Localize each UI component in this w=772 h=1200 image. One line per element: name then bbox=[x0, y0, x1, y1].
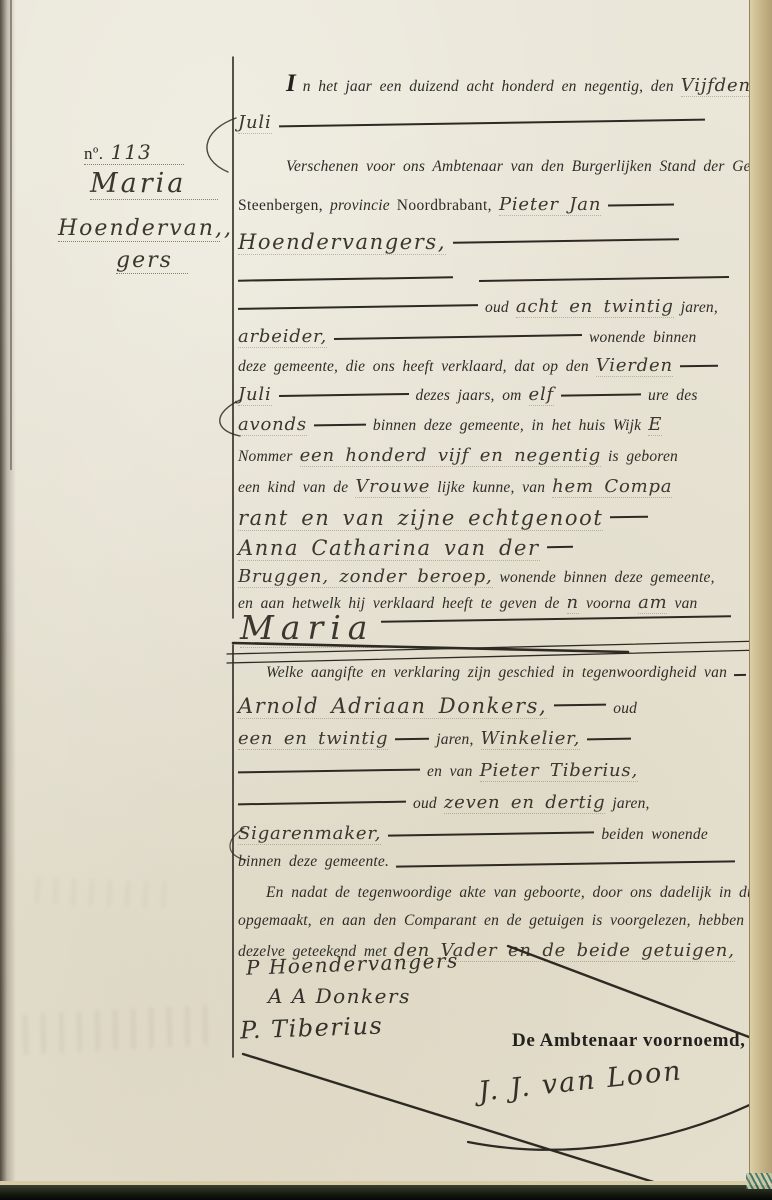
handwritten-text: zeven en dertig bbox=[444, 792, 606, 814]
printed-text: Nommer bbox=[238, 448, 293, 466]
blank-filler-stroke bbox=[314, 423, 366, 426]
handwritten-text: Bruggen, zonder beroep, bbox=[238, 566, 493, 588]
document-line: een kind van deVrouwelijke kunne, vanhem… bbox=[238, 476, 746, 500]
printed-text: jaren, bbox=[612, 795, 649, 813]
document-line: een en twintigjaren,Winkelier, bbox=[238, 728, 746, 752]
blank-filler-stroke bbox=[610, 515, 648, 518]
handwritten-text: E bbox=[648, 414, 662, 436]
blank-filler-stroke bbox=[554, 703, 606, 706]
avonds-letter-flourish bbox=[220, 400, 240, 436]
handwritten-text: Vrouwe bbox=[355, 476, 430, 498]
handwritten-text: arbeider, bbox=[238, 326, 327, 348]
margin-name-line: Hoendervan,, bbox=[58, 216, 233, 241]
margin-child-name: Maria bbox=[90, 168, 218, 200]
book-cover-edge bbox=[0, 1181, 772, 1200]
page-crease bbox=[10, 0, 12, 470]
registrar-signature: J. J. van Loon bbox=[477, 1055, 684, 1107]
blank-filler-stroke bbox=[388, 831, 594, 836]
document-line: In het jaar een duizend acht honderd en … bbox=[286, 70, 746, 94]
margin-name-line: Maria bbox=[90, 168, 186, 199]
handwritten-text: een en twintig bbox=[238, 728, 388, 750]
witness2-signature: P. Tiberius bbox=[240, 1012, 384, 1045]
printed-text: is geboren bbox=[608, 448, 678, 466]
handwritten-text: Vierden bbox=[596, 355, 673, 377]
margin-child-surname-cont: gers bbox=[116, 248, 188, 274]
printed-text: Verschenen voor ons Ambtenaar van den Bu… bbox=[286, 158, 772, 176]
margin-child-surname: Hoendervan,, bbox=[58, 216, 220, 242]
blank-filler-stroke bbox=[608, 203, 674, 206]
blank-filler-stroke bbox=[734, 673, 746, 675]
printed-text: En nadat de tegenwoordige akte van geboo… bbox=[266, 884, 772, 902]
printed-text: binnen deze gemeente, in het huis Wijk bbox=[373, 417, 641, 435]
registrar-label: De Ambtenaar voornoemd, bbox=[512, 1030, 746, 1052]
printed-text: deze gemeente, die ons heeft verklaard, … bbox=[238, 358, 589, 376]
printed-text: wonende binnen bbox=[589, 329, 696, 347]
marbled-cover-corner bbox=[746, 1173, 772, 1189]
document-line: Nommereen honderd vijf en negentigis geb… bbox=[238, 445, 746, 469]
printed-text: lijke kunne, van bbox=[437, 479, 545, 497]
printed-text: Welke aangifte en verklaring zijn geschi… bbox=[266, 664, 727, 682]
page-stack-edge bbox=[749, 0, 772, 1200]
handwritten-text: Pieter Jan bbox=[499, 194, 601, 216]
ink-bleed-through bbox=[17, 1005, 209, 1055]
blank-filler-stroke bbox=[547, 545, 573, 547]
printed-text: wonende binnen deze gemeente, bbox=[500, 569, 715, 587]
document-line: avondsbinnen deze gemeente, in het huis … bbox=[238, 414, 746, 438]
blank-filler-stroke bbox=[395, 737, 429, 740]
document-line: Anna Catharina van der bbox=[238, 536, 746, 560]
document-line: En nadat de tegenwoordige akte van geboo… bbox=[266, 884, 746, 908]
document-line: Sigarenmaker,beiden wonende bbox=[238, 823, 746, 847]
margin-name-line: gers bbox=[116, 248, 173, 273]
document-line: rant en van zijne echtgenoot bbox=[238, 506, 746, 530]
blank-filler-stroke bbox=[279, 392, 409, 396]
document-line: Welke aangifte en verklaring zijn geschi… bbox=[266, 664, 746, 688]
printed-initial: I bbox=[286, 70, 296, 98]
document-line: arbeider,wonende binnen bbox=[238, 326, 746, 350]
document-line: binnen deze gemeente. bbox=[238, 853, 746, 877]
document-line: deze gemeente, die ons heeft verklaard, … bbox=[238, 355, 746, 379]
printed-text: Noordbrabant, bbox=[397, 197, 492, 215]
handwritten-text: Vijfden bbox=[681, 75, 751, 97]
handwritten-text: rant en van zijne echtgenoot bbox=[238, 506, 603, 531]
document-line: Julidezes jaars, omelfure des bbox=[238, 384, 746, 408]
printed-text: jaren, bbox=[681, 299, 718, 317]
document-line: opgemaakt, en aan den Comparant en de ge… bbox=[238, 912, 746, 936]
act-number-value: 113 bbox=[111, 140, 152, 164]
printed-text: oud bbox=[613, 700, 637, 718]
document-line: Juli bbox=[238, 112, 746, 136]
handwritten-text: Juli bbox=[238, 112, 272, 134]
handwritten-text: Pieter Tiberius, bbox=[480, 760, 638, 782]
blank-filler-stroke bbox=[238, 800, 406, 805]
document-line bbox=[238, 268, 746, 292]
document-line: Arnold Adriaan Donkers,oud bbox=[238, 694, 746, 718]
printed-text: dezes jaars, om bbox=[416, 387, 522, 405]
blank-filler-stroke bbox=[680, 364, 718, 367]
printed-text: jaren, bbox=[436, 731, 473, 749]
printed-text: en van bbox=[427, 763, 473, 781]
printed-text: oud bbox=[485, 299, 509, 317]
document-line: Hoendervangers, bbox=[238, 230, 746, 254]
document-line: Maria bbox=[240, 608, 746, 632]
witness1-signature: A A Donkers bbox=[268, 984, 411, 1008]
handwritten-text: Juli bbox=[238, 384, 272, 406]
blank-filler-stroke bbox=[587, 737, 631, 740]
printed-text: binnen deze gemeente. bbox=[238, 853, 389, 871]
act-number: nº. 113 bbox=[84, 140, 184, 165]
handwritten-text: avonds bbox=[238, 414, 307, 436]
document-line: Verschenen voor ons Ambtenaar van den Bu… bbox=[286, 158, 746, 182]
blank-filler-stroke bbox=[334, 334, 582, 340]
act-number-label: nº. bbox=[84, 144, 104, 164]
handwritten-text: elf bbox=[529, 384, 554, 406]
blank-filler-stroke bbox=[238, 276, 453, 281]
handwritten-text: Sigarenmaker, bbox=[238, 823, 381, 845]
printed-text: ure des bbox=[648, 387, 698, 405]
handwritten-text: hem Compa bbox=[552, 476, 672, 498]
blank-filler-stroke bbox=[479, 276, 729, 282]
blank-filler-stroke bbox=[238, 768, 420, 773]
handwritten-text: Winkelier, bbox=[481, 728, 581, 750]
handwritten-text: Arnold Adriaan Donkers, bbox=[238, 694, 547, 719]
handwritten-text: Hoendervangers, bbox=[238, 230, 446, 255]
blank-filler-stroke bbox=[279, 118, 705, 127]
printed-text: Steenbergen, bbox=[238, 197, 323, 215]
handwritten-text: Maria bbox=[240, 608, 374, 648]
blank-filler-stroke bbox=[453, 238, 679, 244]
juli-letter-flourish bbox=[207, 118, 236, 172]
document-line: oudacht en twintigjaren, bbox=[238, 296, 746, 320]
document-line: Bruggen, zonder beroep,wonende binnen de… bbox=[238, 566, 746, 590]
scanned-birth-record-page: { "page": { "colors": { "paper": "#e9e5d… bbox=[0, 0, 772, 1200]
blank-filler-stroke bbox=[238, 304, 478, 310]
blank-filler-stroke bbox=[561, 393, 641, 396]
document-line: en vanPieter Tiberius, bbox=[238, 760, 746, 784]
section-separator-2 bbox=[227, 650, 764, 663]
book-gutter-shadow bbox=[0, 0, 16, 1200]
handwritten-text: acht en twintig bbox=[516, 296, 674, 318]
printed-text: beiden wonende bbox=[601, 826, 708, 844]
printed-text: opgemaakt, en aan den Comparant en de ge… bbox=[238, 912, 771, 930]
ink-bleed-through bbox=[30, 877, 181, 908]
handwritten-text: Anna Catharina van der bbox=[238, 536, 540, 561]
document-line: oudzeven en dertigjaren, bbox=[238, 792, 746, 816]
document-line: Steenbergen,provincieNoordbrabant,Pieter… bbox=[238, 194, 746, 218]
printed-text: n het jaar een duizend acht honderd en n… bbox=[303, 78, 674, 96]
blank-filler-stroke bbox=[396, 860, 735, 867]
handwritten-text: een honderd vijf en negentig bbox=[300, 445, 601, 467]
printed-text: provincie bbox=[330, 197, 390, 215]
printed-text: een kind van de bbox=[238, 479, 348, 497]
printed-text: oud bbox=[413, 795, 437, 813]
blank-filler-stroke bbox=[381, 615, 731, 622]
